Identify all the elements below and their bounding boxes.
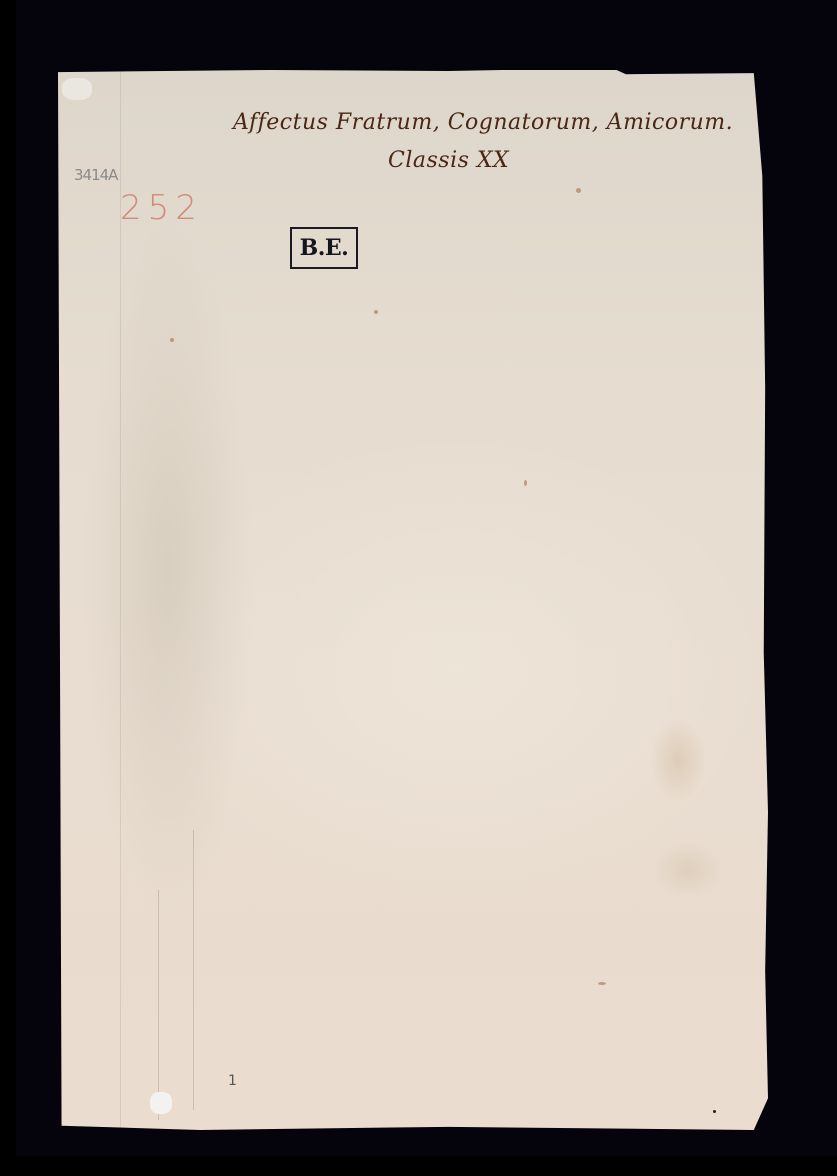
foxing-spot xyxy=(374,310,378,314)
fold-crease xyxy=(120,70,121,1130)
paper-sheet: Affectus Fratrum, Cognatorum, Amicorum. … xyxy=(58,70,768,1130)
foxing-spot xyxy=(170,338,174,342)
foxing-spot xyxy=(598,982,606,985)
paper-loss-patch xyxy=(62,78,92,100)
pencil-scratch xyxy=(158,890,159,1120)
heading-line-1: Affectus Fratrum, Cognatorum, Amicorum. xyxy=(233,110,733,135)
stamp-text: B.E. xyxy=(300,235,349,261)
library-stamp: B.E. xyxy=(290,227,358,269)
heading-line-2: Classis XX xyxy=(388,148,509,173)
paper-loss-patch xyxy=(150,1092,172,1114)
foxing-spot xyxy=(576,188,581,193)
foxing-spot xyxy=(713,1110,716,1113)
pencil-inventory-number: 3414A xyxy=(74,166,117,184)
foxing-spot xyxy=(524,480,527,486)
footer-pencil-mark: 1 xyxy=(228,1073,237,1089)
red-folio-number: 252 xyxy=(120,188,203,228)
pencil-scratch xyxy=(193,830,194,1110)
